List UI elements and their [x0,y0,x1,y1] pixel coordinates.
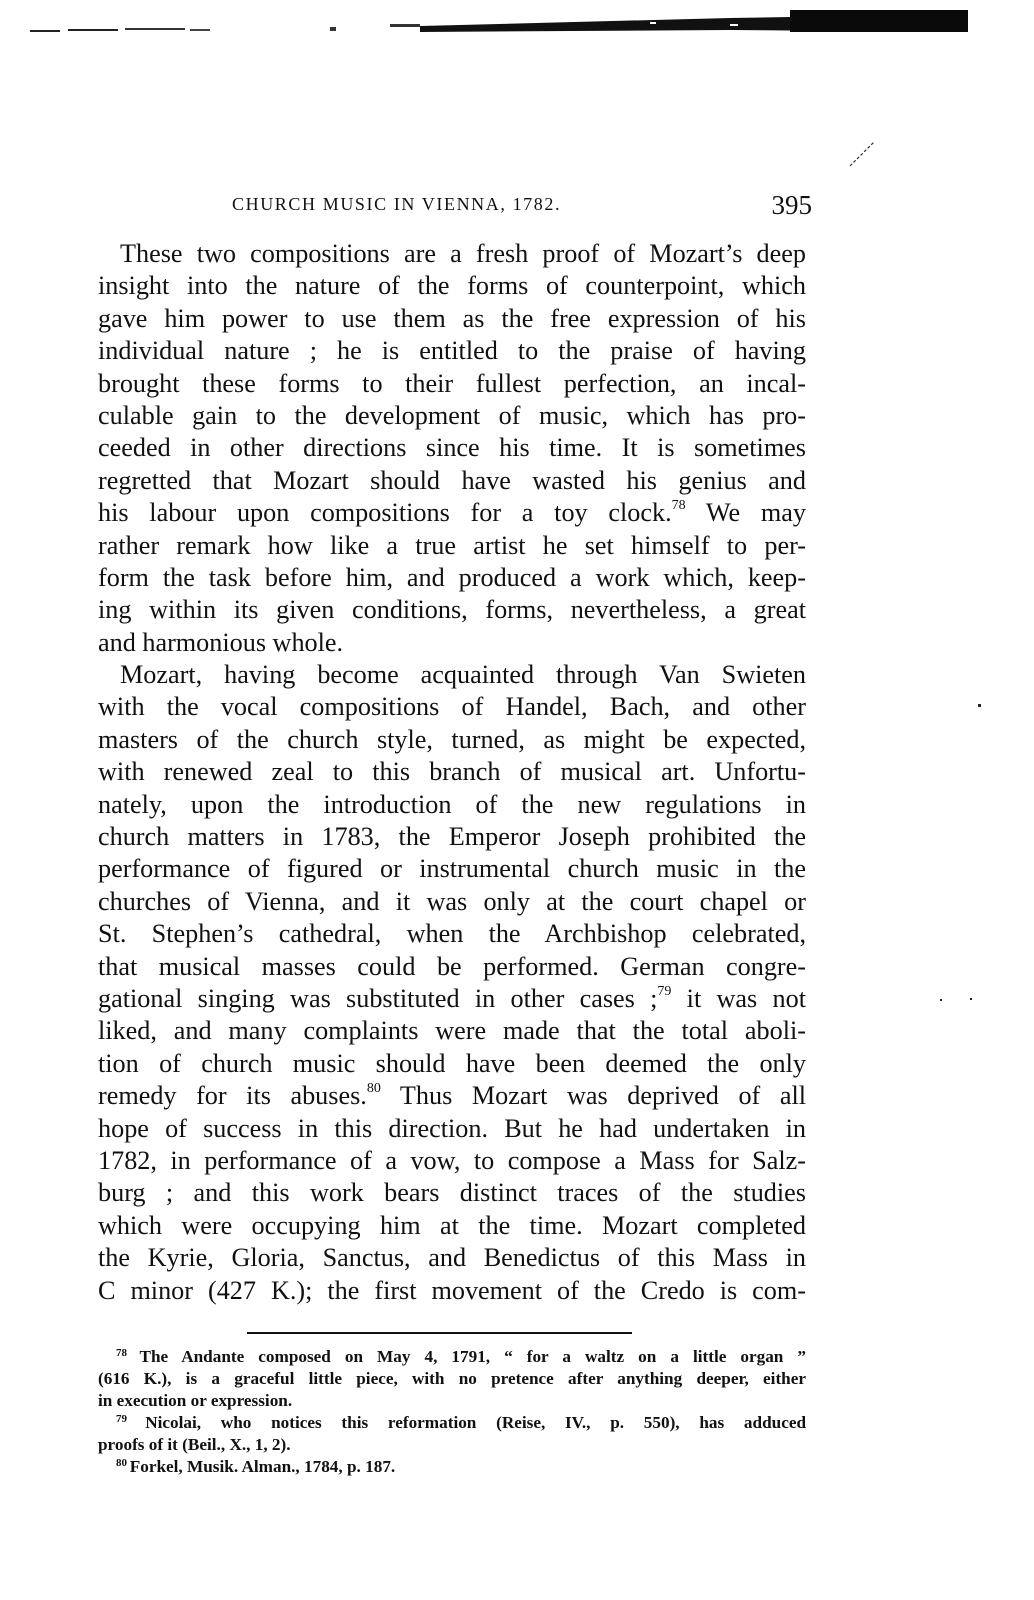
pencil-mark [848,140,878,170]
footnote-number: 79 [116,1413,145,1425]
text-line: 1782, in performance of a vow, to compos… [98,1145,806,1177]
text-line: masters of the church style, turned, as … [98,724,806,756]
text-line: which were occupying him at the time. Mo… [98,1210,806,1242]
text-line: ceeded in other directions since his tim… [98,432,806,464]
text-line: with renewed zeal to this branch of musi… [98,756,806,788]
text-line: rather remark how like a true artist he … [98,530,806,562]
footnote-80: 80 Forkel, Musik. Alman., 1784, p. 187. [98,1456,806,1478]
text-line: ing within its given conditions, forms, … [98,594,806,626]
text-line: form the task before him, and produced a… [98,562,806,594]
footnote-line: proofs of it (Beil., X., 1, 2). [98,1434,806,1456]
footnote-ref-80[interactable]: 80 [367,1081,381,1096]
footnote-line: (616 K.), is a graceful little piece, wi… [98,1368,806,1390]
text-line: burg ; and this work bears distinct trac… [98,1177,806,1209]
footnote-79: 79 Nicolai, who notices this reformation… [98,1412,806,1434]
text-line: performance of figured or instrumental c… [98,853,806,885]
footnote-78: 78 The Andante composed on May 4, 1791, … [98,1346,806,1368]
text-line: brought these forms to their fullest per… [98,368,806,400]
text-line: and harmonious whole. [98,627,806,659]
text-line: nately, upon the introduction of the new… [98,789,806,821]
footnote-ref-78[interactable]: 78 [672,498,686,513]
text-line: remedy for its abuses.80 Thus Mozart was… [98,1080,806,1112]
text-line: his labour upon compositions for a toy c… [98,497,806,529]
text-line: that musical masses could be performed. … [98,951,806,983]
page-number: 395 [772,190,813,221]
text-line: culable gain to the development of music… [98,400,806,432]
scan-edge-artifact [30,10,968,36]
footnote-ref-79[interactable]: 79 [657,984,671,999]
text-line: liked, and many complaints were made tha… [98,1015,806,1047]
text-line: These two compositions are a fresh proof… [98,238,806,270]
footnote-line: in execution or expression. [98,1390,806,1412]
footnote-number: 80 [116,1457,130,1469]
footnotes: 78 The Andante composed on May 4, 1791, … [98,1346,806,1478]
text-line: hope of success in this direction. But h… [98,1113,806,1145]
text-line: gave him power to use them as the free e… [98,303,806,335]
scan-speck [978,704,981,707]
text-line: tion of church music should have been de… [98,1048,806,1080]
text-line: gational singing was substituted in othe… [98,983,806,1015]
text-line: with the vocal compositions of Handel, B… [98,691,806,723]
text-line: regretted that Mozart should have wasted… [98,465,806,497]
scan-speck [970,998,972,1000]
text-line: insight into the nature of the forms of … [98,270,806,302]
text-line: St. Stephen’s cathedral, when the Archbi… [98,918,806,950]
running-title: CHURCH MUSIC IN VIENNA, 1782. [232,194,561,215]
footnote-rule [247,1332,632,1334]
body-text: These two compositions are a fresh proof… [98,238,806,1307]
footnote-number: 78 [116,1347,139,1359]
scan-speck [940,999,942,1001]
text-line: the Kyrie, Gloria, Sanctus, and Benedict… [98,1242,806,1274]
text-line: individual nature ; he is entitled to th… [98,335,806,367]
text-line: churches of Vienna, and it was only at t… [98,886,806,918]
text-line: C minor (427 K.); the first movement of … [98,1275,806,1307]
text-line: Mozart, having become acquainted through… [98,659,806,691]
text-line: church matters in 1783, the Emperor Jose… [98,821,806,853]
running-head: CHURCH MUSIC IN VIENNA, 1782. 395 [232,190,812,230]
